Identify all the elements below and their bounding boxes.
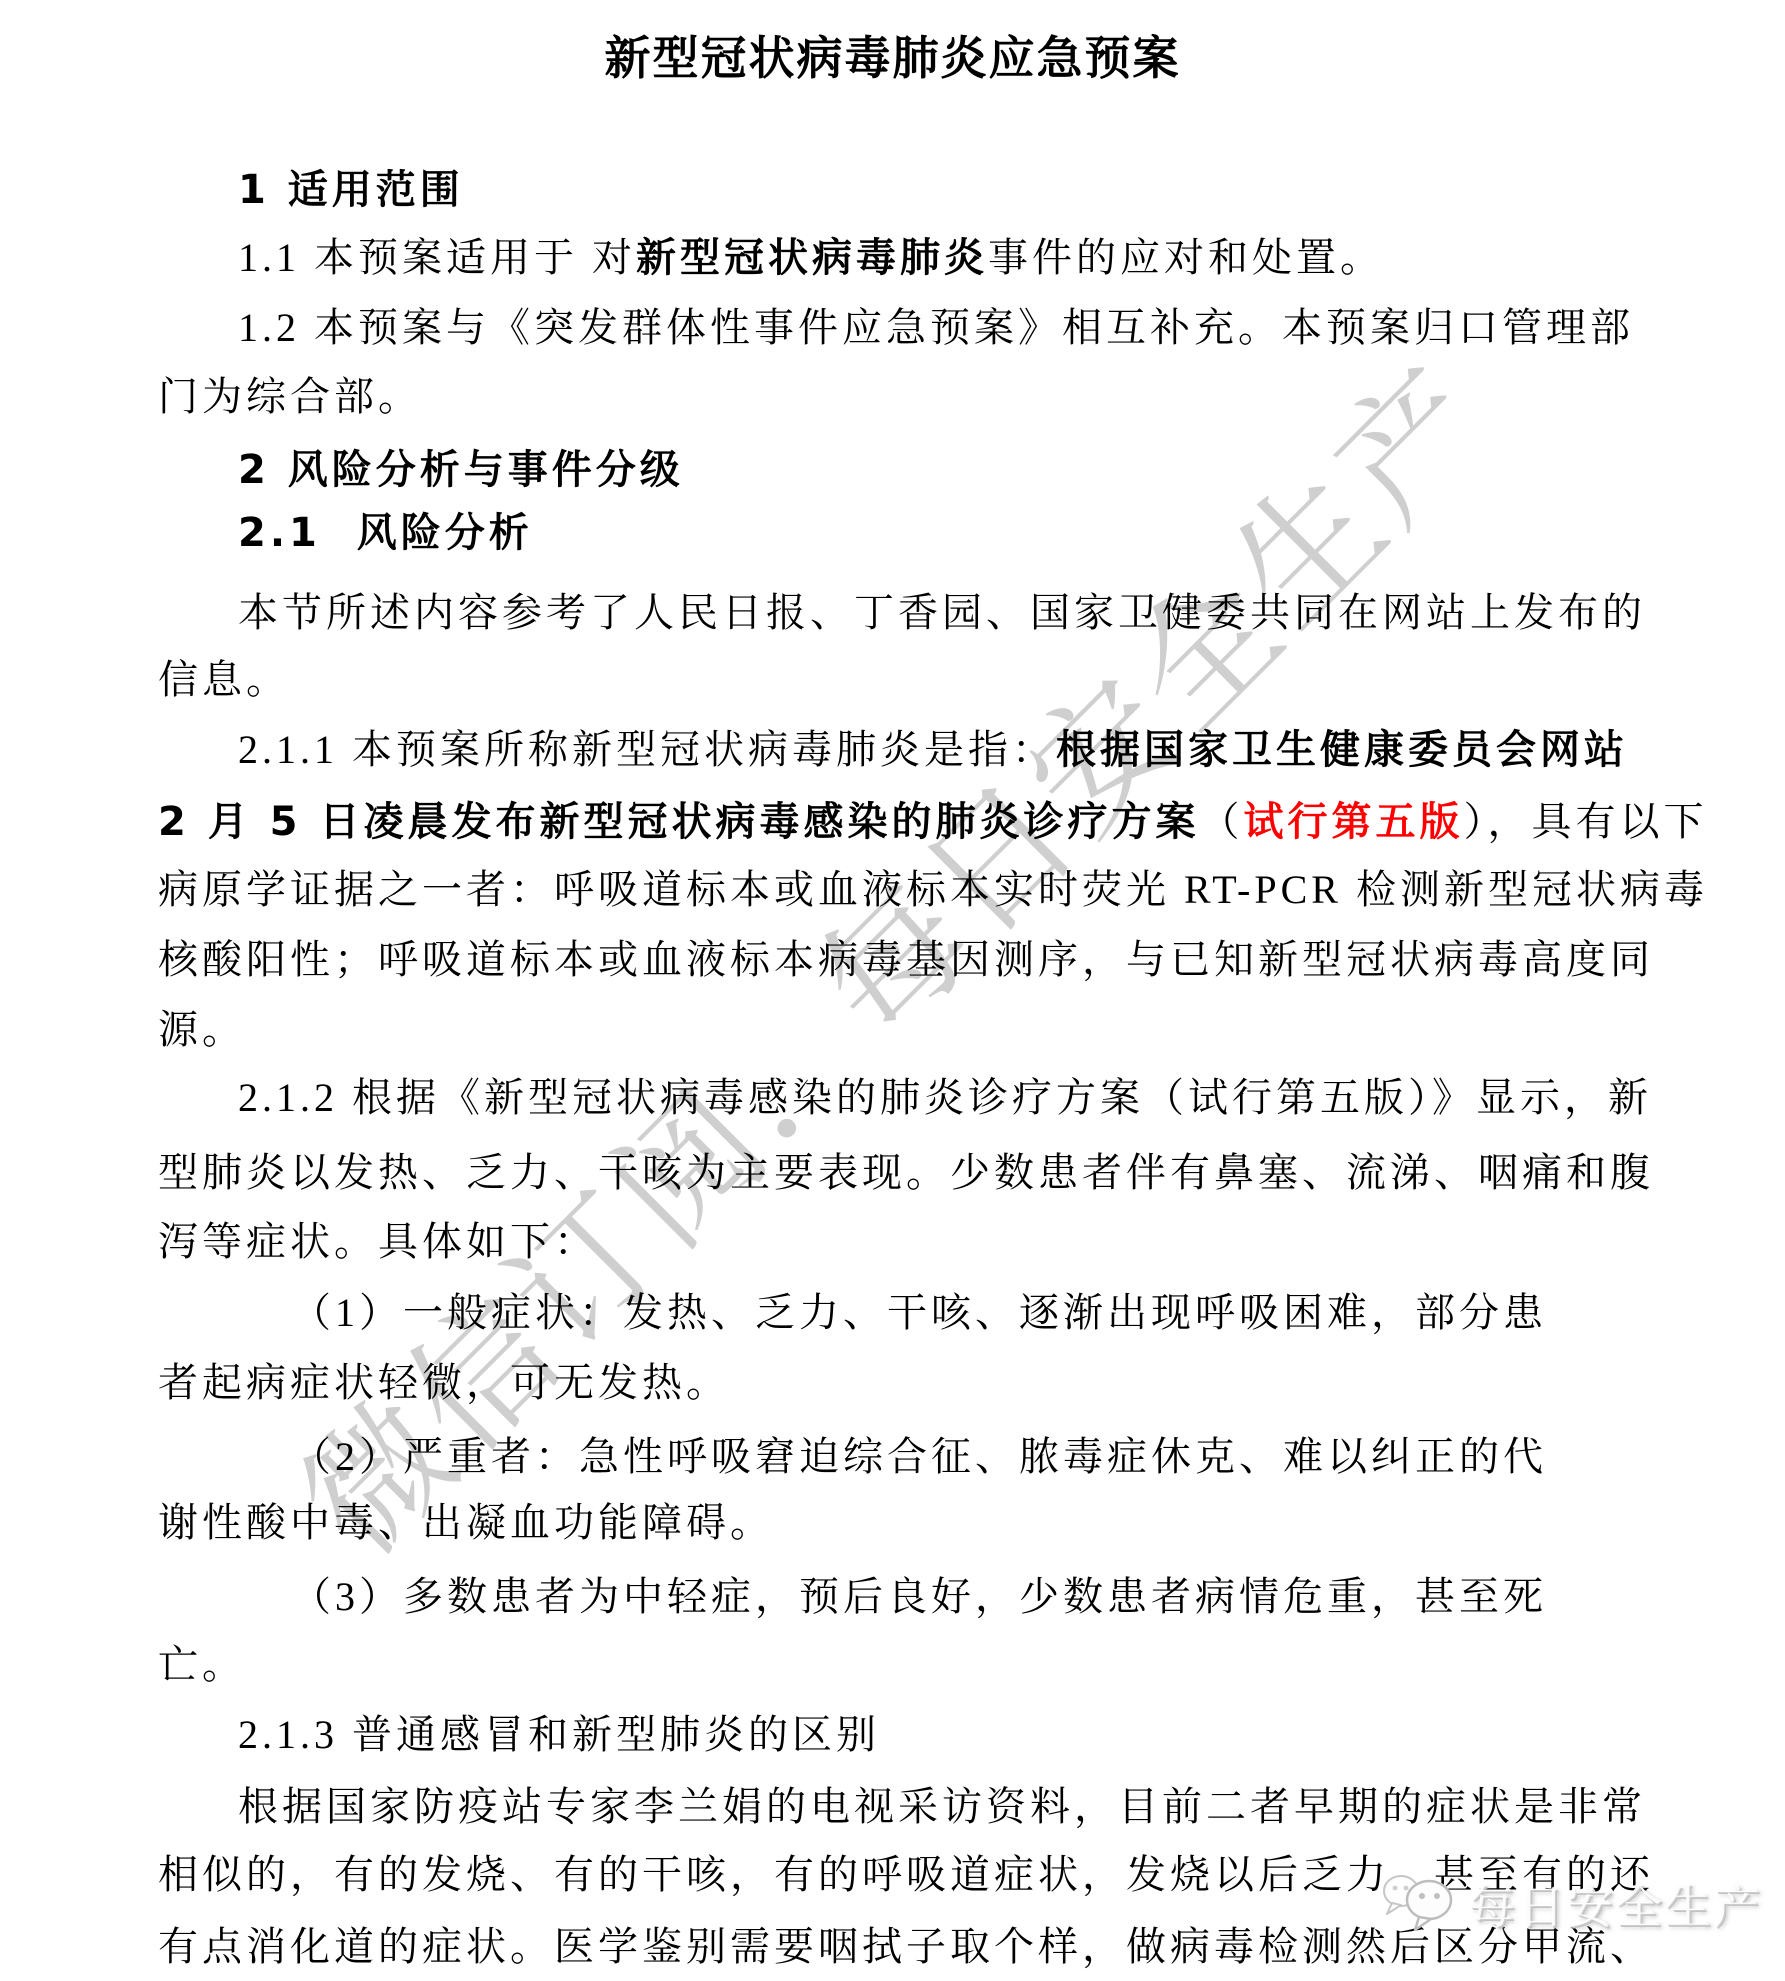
bold-text: 根据国家卫生健康委员会网站 — [1056, 727, 1628, 773]
body-text: 2.1.2 根据《新型冠状病毒感染的肺炎诊疗方案（试行第五版）》显示，新 — [238, 1075, 1652, 1120]
document-line: 2.1 风险分析 — [158, 507, 533, 559]
document-lines: 1 适用范围1.1 本预案适用于 对新型冠状病毒肺炎事件的应对和处置。1.2 本… — [0, 0, 1785, 1981]
body-text: 泻等症状。具体如下： — [158, 1219, 598, 1264]
document-line: 门为综合部。 — [158, 371, 422, 423]
body-text: 门为综合部。 — [158, 374, 422, 419]
document-line: （3）多数患者为中轻症，预后良好，少数患者病情危重，甚至死 — [158, 1571, 1547, 1623]
document-line: （1）一般症状：发热、乏力、干咳、逐渐出现呼吸困难，部分患 — [158, 1287, 1547, 1339]
body-text: （1）一般症状：发热、乏力、干咳、逐渐出现呼吸困难，部分患 — [291, 1290, 1547, 1335]
wechat-icon — [1381, 1869, 1463, 1938]
document-line: 信息。 — [158, 654, 290, 706]
document-line: 2.1.2 根据《新型冠状病毒感染的肺炎诊疗方案（试行第五版）》显示，新 — [158, 1072, 1652, 1124]
body-text: 事件的应对和处置。 — [988, 235, 1384, 280]
document-line: 2 月 5 日凌晨发布新型冠状病毒感染的肺炎诊疗方案（试行第五版），具有以下 — [158, 796, 1707, 848]
document-line: 病原学证据之一者：呼吸道标本或血液标本实时荧光 RT-PCR 检测新型冠状病毒 — [158, 864, 1708, 916]
document-line: 1.1 本预案适用于 对新型冠状病毒肺炎事件的应对和处置。 — [158, 232, 1384, 284]
bold-text: 新型冠状病毒肺炎 — [636, 235, 988, 281]
document-line: 亡。 — [158, 1639, 246, 1691]
bold-text: 2 月 5 日凌晨发布新型冠状病毒感染的肺炎诊疗方案 — [158, 799, 1199, 845]
body-text: 本节所述内容参考了人民日报、丁香园、国家卫健委共同在网站上发布的 — [238, 590, 1646, 635]
document-line: 根据国家防疫站专家李兰娟的电视采访资料，目前二者早期的症状是非常 — [158, 1781, 1646, 1833]
body-text: 型肺炎以发热、乏力、干咳为主要表现。少数患者伴有鼻塞、流涕、咽痛和腹 — [158, 1150, 1654, 1195]
document-page: 微信订阅．每日安全生产 新型冠状病毒肺炎应急预案 1 适用范围1.1 本预案适用… — [0, 0, 1785, 1981]
document-line: 谢性酸中毒、出凝血功能障碍。 — [158, 1497, 774, 1549]
body-text: 2.1.1 本预案所称新型冠状病毒肺炎是指： — [238, 727, 1056, 772]
body-text: 病原学证据之一者：呼吸道标本或血液标本实时荧光 RT-PCR 检测新型冠状病毒 — [158, 867, 1708, 912]
bold-text: 1 适用范围 — [238, 167, 464, 213]
document-line: 本节所述内容参考了人民日报、丁香园、国家卫健委共同在网站上发布的 — [158, 587, 1646, 639]
document-line: 源。 — [158, 1004, 246, 1056]
document-line: 1.2 本预案与《突发群体性事件应急预案》相互补充。本预案归口管理部 — [158, 302, 1634, 354]
body-text: 谢性酸中毒、出凝血功能障碍。 — [158, 1500, 774, 1545]
bold-text: 2.1 风险分析 — [238, 510, 533, 556]
body-text: 信息。 — [158, 657, 290, 702]
document-line: 者起病症状轻微，可无发热。 — [158, 1357, 730, 1409]
document-line: 2 风险分析与事件分级 — [158, 444, 684, 496]
document-line: 2.1.1 本预案所称新型冠状病毒肺炎是指：根据国家卫生健康委员会网站 — [158, 724, 1628, 776]
body-text: 核酸阳性；呼吸道标本或血液标本病毒基因测序，与已知新型冠状病毒高度同 — [158, 937, 1654, 982]
body-text: 源。 — [158, 1007, 246, 1052]
body-text: 者起病症状轻微，可无发热。 — [158, 1360, 730, 1405]
body-text: （3）多数患者为中轻症，预后良好，少数患者病情危重，甚至死 — [291, 1574, 1547, 1619]
document-line: 1 适用范围 — [158, 164, 464, 216]
document-line: 泻等症状。具体如下： — [158, 1216, 598, 1268]
body-text: 1.2 本预案与《突发群体性事件应急预案》相互补充。本预案归口管理部 — [238, 305, 1634, 350]
bold-text: 2 风险分析与事件分级 — [238, 447, 684, 493]
document-line: 2.1.3 普通感冒和新型肺炎的区别 — [158, 1709, 880, 1761]
document-line: 核酸阳性；呼吸道标本或血液标本病毒基因测序，与已知新型冠状病毒高度同 — [158, 934, 1654, 986]
red-highlight-text: 试行第五版 — [1243, 799, 1463, 845]
logo-text: 每日安全生产 — [1469, 1871, 1763, 1937]
body-text: 2.1.3 普通感冒和新型肺炎的区别 — [238, 1712, 880, 1757]
body-text: 1.1 本预案适用于 对 — [238, 235, 636, 280]
body-text: 亡。 — [158, 1642, 246, 1687]
body-text: 根据国家防疫站专家李兰娟的电视采访资料，目前二者早期的症状是非常 — [238, 1784, 1646, 1829]
document-line: 型肺炎以发热、乏力、干咳为主要表现。少数患者伴有鼻塞、流涕、咽痛和腹 — [158, 1147, 1654, 1199]
body-text: ），具有以下 — [1463, 799, 1707, 844]
document-line: （2）严重者：急性呼吸窘迫综合征、脓毒症休克、难以纠正的代 — [158, 1431, 1547, 1483]
wechat-logo: 每日安全生产 — [1381, 1869, 1763, 1938]
body-text: （2）严重者：急性呼吸窘迫综合征、脓毒症休克、难以纠正的代 — [291, 1434, 1547, 1479]
body-text: （ — [1199, 799, 1243, 844]
